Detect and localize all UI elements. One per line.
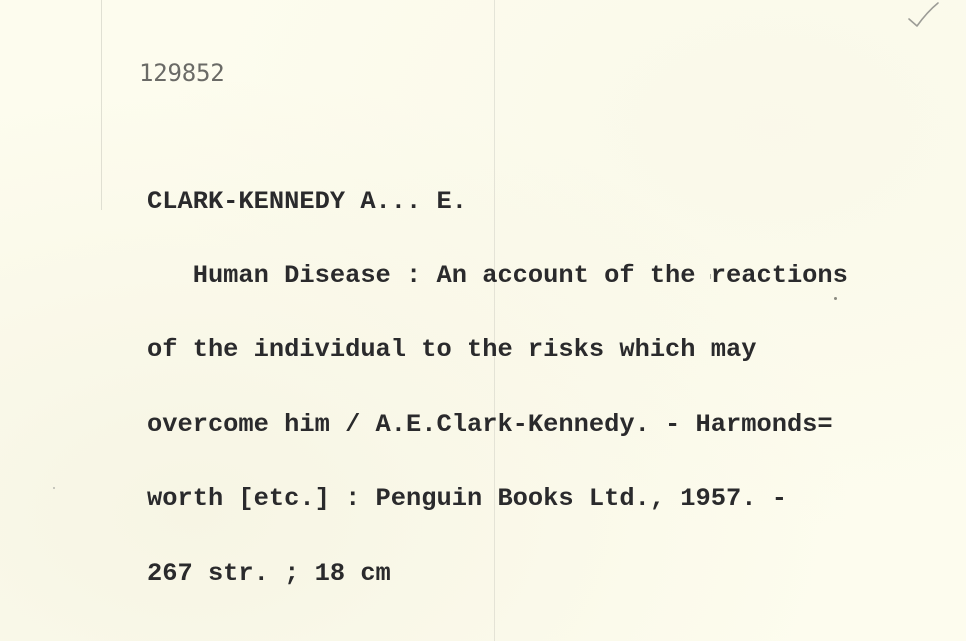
publication-line: worth [etc.] : Penguin Books Ltd., 1957.… bbox=[147, 487, 848, 512]
physical-description-line: 267 str. ; 18 cm bbox=[147, 562, 848, 587]
catalog-entry: CLARK-KENNEDY A... E. Human Disease : An… bbox=[147, 140, 848, 636]
paper-speck bbox=[53, 487, 55, 489]
fold-line bbox=[101, 0, 102, 210]
check-icon bbox=[905, 2, 941, 30]
title-line: Human Disease : An account of the reacti… bbox=[147, 264, 848, 289]
responsibility-line: overcome him / A.E.Clark-Kennedy. - Harm… bbox=[147, 413, 848, 438]
accession-number: 129852 bbox=[139, 58, 225, 88]
paper-speck bbox=[834, 297, 837, 300]
author-heading: CLARK-KENNEDY A... E. bbox=[147, 190, 848, 215]
catalog-card: 129852 CLARK-KENNEDY A... E. Human Disea… bbox=[0, 0, 966, 641]
paper-speck bbox=[710, 274, 711, 279]
title-line: of the individual to the risks which may bbox=[147, 338, 848, 363]
